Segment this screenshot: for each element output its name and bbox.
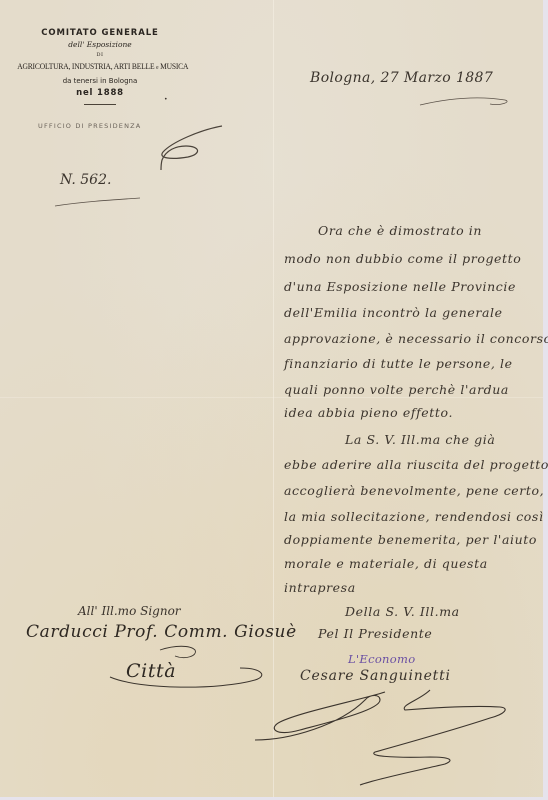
letterhead-main-e: e bbox=[156, 65, 158, 71]
body-line: doppiamente benemerita, per l'aiuto bbox=[284, 532, 537, 547]
body-line: La S. V. Ill.ma che già bbox=[345, 432, 495, 447]
letter-paper: COMITATO GENERALE dell' Esposizione DI A… bbox=[0, 0, 543, 797]
body-line: dell'Emilia incontrò la generale bbox=[284, 305, 503, 320]
letterhead-main-part2: MUSICA bbox=[160, 62, 188, 71]
protocol-number: N. 562. bbox=[60, 172, 111, 188]
closing-title: Pel Il Presidente bbox=[318, 626, 432, 641]
letterhead-di: DI bbox=[10, 51, 190, 60]
office-label: UFFICIO DI PRESIDENZA bbox=[38, 122, 141, 130]
body-line: intrapresa bbox=[284, 580, 356, 595]
margin-number-6-icon bbox=[161, 126, 222, 170]
body-line: finanziario di tutte le persone, le bbox=[284, 356, 513, 371]
body-line: approvazione, è necessario il concorso bbox=[284, 331, 548, 346]
dateline: Bologna, 27 Marzo 1887 bbox=[310, 70, 493, 86]
letterhead-main: AGRICOLTURA, INDUSTRIA, ARTI BELLE e MUS… bbox=[17, 60, 183, 75]
address-salutation: All' Ill.mo Signor bbox=[78, 604, 181, 618]
letterhead-title: COMITATO GENERALE bbox=[10, 28, 190, 39]
body-line: morale e materiale, di questa bbox=[284, 556, 488, 571]
horizontal-fold-line bbox=[0, 397, 543, 398]
body-line: d'una Esposizione nelle Provincie bbox=[284, 279, 516, 294]
letterhead-rule bbox=[84, 104, 116, 105]
letterhead-main-part1: AGRICOLTURA, INDUSTRIA, ARTI BELLE bbox=[17, 62, 154, 71]
body-line: la mia sollecitazione, rendendosi così bbox=[284, 509, 544, 524]
letterhead-place: da tenersi in Bologna bbox=[10, 75, 190, 87]
body-line: accoglierà benevolmente, pene certo, bbox=[284, 483, 544, 498]
body-line: Ora che è dimostrato in bbox=[318, 223, 482, 238]
body-line: modo non dubbio come il progetto bbox=[284, 251, 521, 266]
body-line: quali ponno volte perchè l'ardua bbox=[284, 382, 509, 397]
letterhead: COMITATO GENERALE dell' Esposizione DI A… bbox=[10, 28, 190, 105]
address-recipient: Carducci Prof. Comm. Giosuè bbox=[26, 622, 297, 642]
signature: Cesare Sanguinetti bbox=[300, 668, 451, 684]
vertical-fold-line bbox=[273, 0, 274, 797]
closing-salutation: Della S. V. Ill.ma bbox=[345, 604, 460, 619]
address-city: Città bbox=[126, 660, 176, 682]
body-line: idea abbia pieno effetto. bbox=[284, 405, 453, 420]
flourish-strokes bbox=[0, 0, 543, 797]
body-line: ebbe aderire alla riuscita del progetto bbox=[284, 457, 548, 472]
letterhead-year: nel 1888 bbox=[10, 87, 190, 100]
economo-stamp: L'Economo bbox=[348, 652, 415, 666]
ink-dot: • bbox=[164, 96, 168, 103]
letterhead-subtitle: dell' Esposizione bbox=[10, 39, 190, 51]
